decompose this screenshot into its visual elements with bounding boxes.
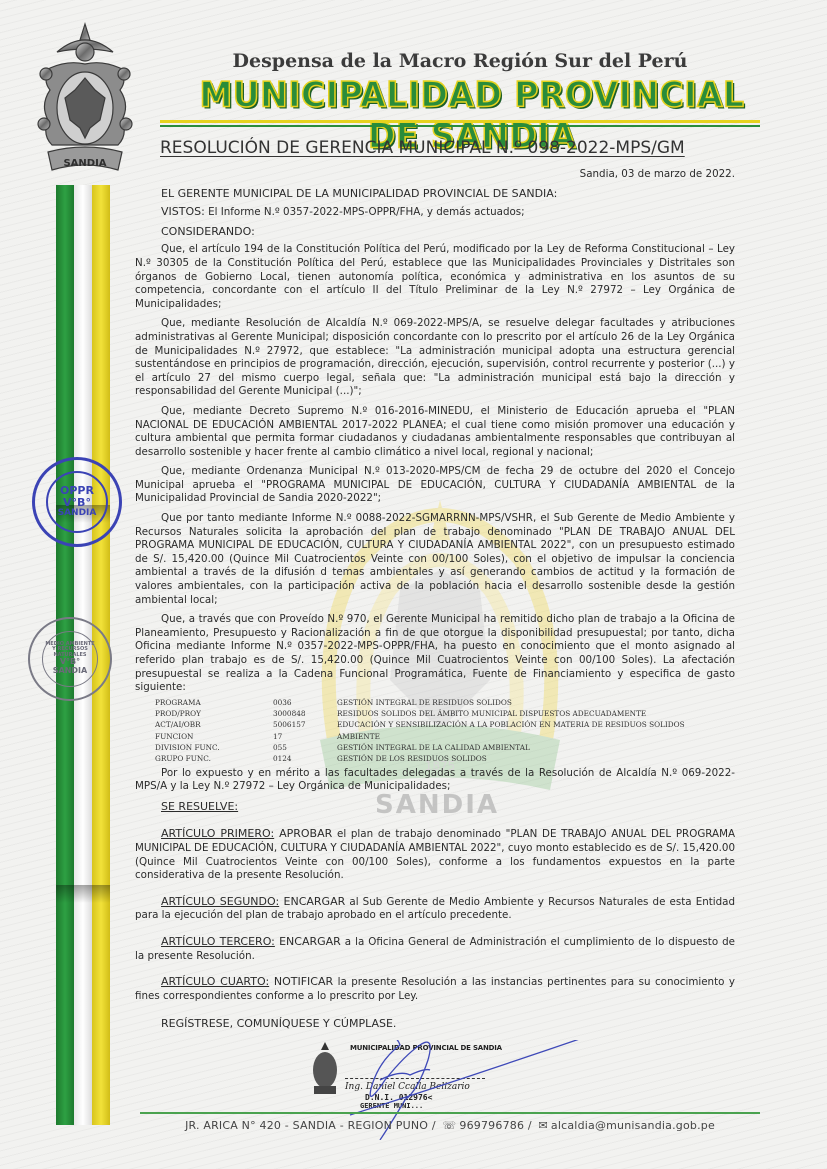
considerando-paragraph: Que, mediante Ordenanza Municipal N.º 01…: [135, 465, 735, 506]
article-label: ARTÍCULO SEGUNDO:: [161, 895, 279, 908]
table-row: PROGRAMA0036GESTIÓN INTEGRAL DE RESIDUOS…: [155, 697, 685, 708]
article-verb: NOTIFICAR: [269, 975, 333, 988]
considerando-label: CONSIDERANDO:: [161, 225, 735, 239]
article-segundo: ARTÍCULO SEGUNDO: ENCARGAR al Sub Gerent…: [135, 895, 735, 923]
document-body: Sandia, 03 de marzo de 2022. EL GERENTE …: [135, 168, 735, 1036]
considerando-paragraph: Que, mediante Resolución de Alcaldía N.º…: [135, 317, 735, 399]
vistos: VISTOS: El Informe N.º 0357-2022-MPS-OPP…: [161, 205, 735, 220]
oppr-approval-stamp: OPPR V°B° SANDIA: [32, 457, 122, 547]
considerando-paragraph: Que, mediante Decreto Supremo N.º 016-20…: [135, 405, 735, 459]
phone-icon: ☏: [442, 1119, 456, 1132]
municipal-crest-icon: SANDIA: [32, 20, 138, 200]
footer-separator: /: [432, 1119, 436, 1132]
table-row: GRUPO FUNC.0124GESTIÓN DE LOS RESIDUOS S…: [155, 753, 685, 764]
ribbon-fold: [56, 885, 110, 903]
stamp-city: SANDIA: [58, 509, 97, 519]
vistos-text: El Informe N.º 0357-2022-MPS-OPPR/FHA, y…: [205, 206, 525, 218]
sign-off: REGÍSTRESE, COMUNÍQUESE Y CÚMPLASE.: [161, 1017, 735, 1031]
environment-approval-stamp: MEDIO AMBIENTE Y RECURSOS NATURALES V°B°…: [28, 617, 112, 701]
footer-phone: 969796786: [459, 1119, 524, 1132]
article-tercero: ARTÍCULO TERCERO: ENCARGAR a la Oficina …: [135, 935, 735, 963]
footer-contact: JR. ARICA N° 420 - SANDIA - REGION PUNO …: [150, 1119, 750, 1132]
closing-paragraph: Por lo expuesto y en mérito a las facult…: [135, 767, 735, 794]
stamp-city: SANDIA: [53, 667, 87, 676]
table-row: ACT/AI/OBR5006157EDUCACIÓN Y SENSIBILIZA…: [155, 719, 685, 730]
article-verb: ENCARGAR: [279, 895, 345, 908]
region-subtitle: Despensa de la Macro Región Sur del Perú: [150, 50, 770, 72]
considerando-paragraph: Que por tanto mediante Informe N.º 0088-…: [135, 512, 735, 607]
footer-email[interactable]: alcaldia@munisandia.gob.pe: [551, 1119, 715, 1132]
header-rule-yellow: [160, 120, 760, 123]
footer-address: JR. ARICA N° 420 - SANDIA - REGION PUNO: [185, 1119, 428, 1132]
stamp-office: MEDIO AMBIENTE Y RECURSOS NATURALES: [43, 642, 97, 659]
document-title: RESOLUCIÓN DE GERENCIA MUNICIPAL N.º 098…: [160, 138, 685, 158]
footer-rule: [140, 1112, 760, 1114]
budget-chain-table: PROGRAMA0036GESTIÓN INTEGRAL DE RESIDUOS…: [155, 697, 685, 765]
document-date: Sandia, 03 de marzo de 2022.: [135, 168, 735, 182]
addressee: EL GERENTE MUNICIPAL DE LA MUNICIPALIDAD…: [161, 187, 735, 201]
table-row: DIVISION FUNC.055GESTIÓN INTEGRAL DE LA …: [155, 742, 685, 753]
article-verb: ENCARGAR: [275, 935, 341, 948]
envelope-icon: ✉: [539, 1119, 548, 1132]
considerando-paragraph: Que, el artículo 194 de la Constitución …: [135, 243, 735, 311]
header-rule-green: [160, 125, 760, 127]
signature-block: MUNICIPALIDAD PROVINCIAL DE SANDIA Ing. …: [310, 1040, 560, 1110]
vistos-label: VISTOS:: [161, 205, 205, 218]
table-row: FUNCION17AMBIENTE: [155, 731, 685, 742]
se-resuelve-label: SE RESUELVE:: [161, 800, 735, 814]
article-label: ARTÍCULO PRIMERO:: [161, 827, 274, 840]
table-row: PROD/PROY3000848RESIDUOS SOLIDOS DEL ÁMB…: [155, 708, 685, 719]
svg-text:SANDIA: SANDIA: [63, 158, 106, 169]
footer-separator: /: [528, 1119, 532, 1132]
considerando-paragraph: Que, a través que con Proveído N.º 970, …: [135, 613, 735, 695]
article-label: ARTÍCULO TERCERO:: [161, 935, 275, 948]
article-cuarto: ARTÍCULO CUARTO: NOTIFICAR la presente R…: [135, 975, 735, 1003]
article-label: ARTÍCULO CUARTO:: [161, 975, 269, 988]
article-primero: ARTÍCULO PRIMERO: APROBAR el plan de tra…: [135, 827, 735, 882]
article-verb: APROBAR: [274, 827, 332, 840]
